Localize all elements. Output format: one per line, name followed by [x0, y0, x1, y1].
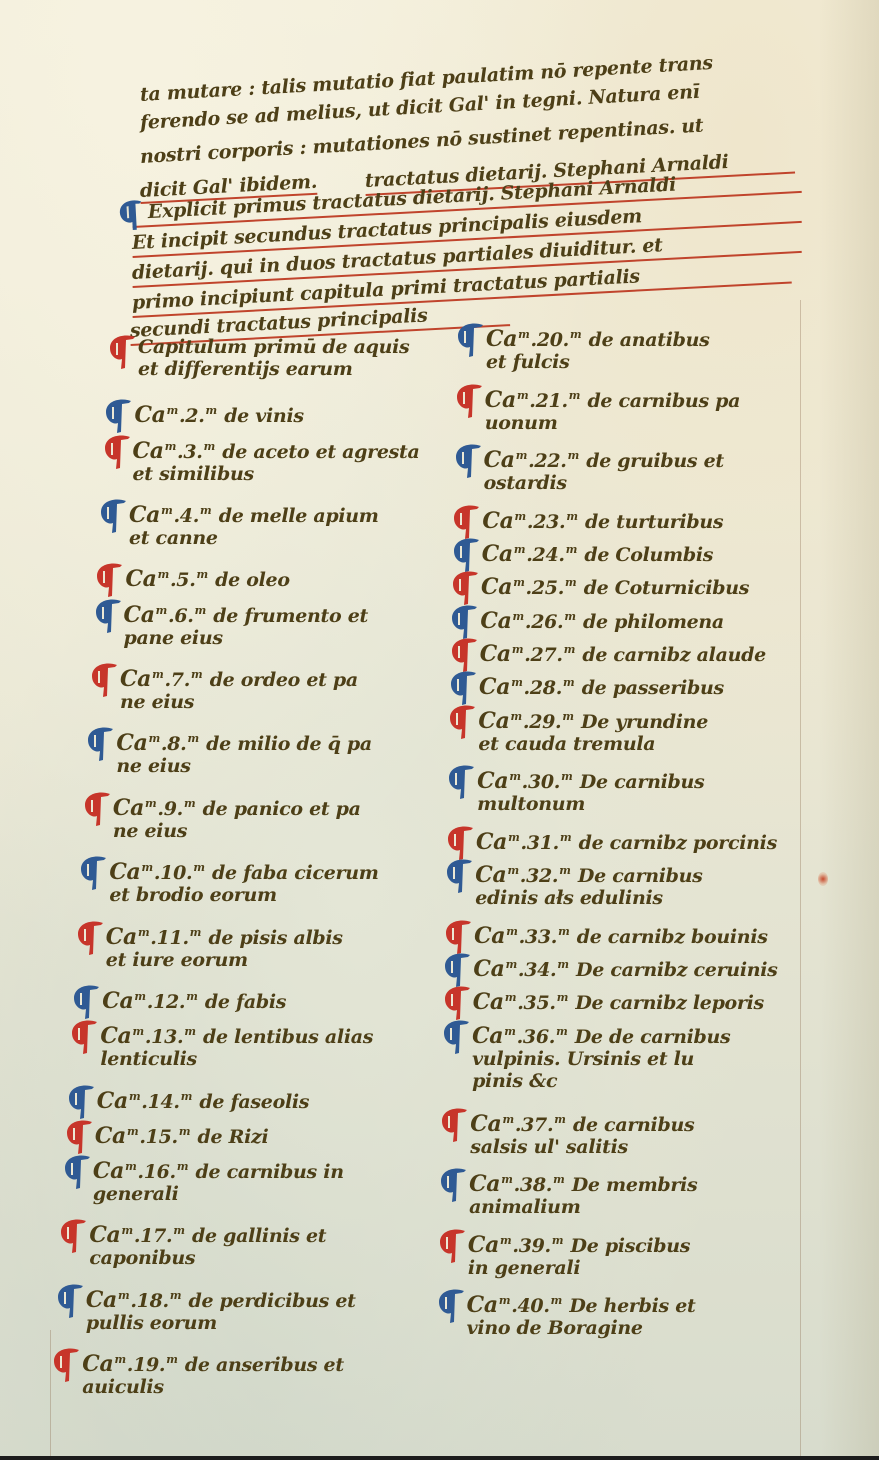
chapter-label: Ca	[485, 387, 516, 413]
chapter-title-line: Cam.17.m de gallinis et	[59, 1220, 326, 1247]
superscript: m	[206, 404, 217, 417]
blue-paragraph-mark-icon	[454, 443, 480, 477]
chapter-entry: Cam.25.m de Coturnicibus	[451, 572, 749, 599]
chapter-title-line: Cam.37.m de carnibus	[440, 1109, 694, 1136]
chapter-label: Ca	[100, 1023, 131, 1049]
chapter-number: .18.	[130, 1290, 168, 1312]
chapter-entry: Cam.13.m de lentibus aliaslenticulis	[70, 1021, 373, 1070]
chapter-title-continuation: et canne	[99, 527, 379, 549]
chapter-title-text: de passeribus	[575, 677, 724, 699]
chapter-label: Ca	[473, 956, 504, 982]
red-paragraph-mark-icon	[70, 1019, 96, 1053]
chapter-label: Ca	[473, 989, 504, 1015]
chapter-title-continuation: generali	[63, 1183, 344, 1205]
superscript: m	[145, 797, 156, 810]
superscript: m	[167, 404, 178, 417]
blue-paragraph-mark-icon	[450, 604, 476, 638]
red-paragraph-mark-icon	[443, 985, 469, 1019]
chapter-number: .29.	[523, 711, 561, 733]
blue-paragraph-mark-icon	[445, 858, 471, 892]
superscript: m	[564, 643, 575, 656]
chapter-title-text: De membris	[565, 1174, 697, 1196]
chapter-number: .35.	[517, 992, 555, 1014]
chapter-entry: Cam.10.m de faba cicerumet brodio eorum	[79, 857, 378, 906]
chapter-label: Ca	[472, 1023, 503, 1049]
chapter-label: Ca	[478, 708, 509, 734]
superscript: m	[204, 440, 215, 453]
superscript: m	[517, 389, 528, 402]
page-bottom-edge	[0, 1456, 879, 1460]
chapter-entry: Cam.35.m De carnibz leporis	[443, 987, 764, 1014]
chapter-title-text: de ordeo et pa	[203, 669, 358, 691]
blue-paragraph-mark-icon	[449, 670, 475, 704]
chapter-title-line: Cam.20.m de anatibus	[456, 324, 710, 351]
chapter-label: Ca	[120, 666, 151, 692]
chapter-entry: Cam.27.m de carnibz alaude	[450, 639, 766, 666]
red-paragraph-mark-icon	[95, 562, 121, 596]
chapter-title-continuation: pullis eorum	[56, 1312, 356, 1334]
superscript: m	[165, 440, 176, 453]
chapter-entry: Cam.8.m de milio de q̄ pane eius	[86, 728, 371, 777]
chapter-entry: Cam.7.m de ordeo et pane eius	[90, 664, 358, 713]
chapter-title-text: de turturibus	[579, 511, 724, 533]
chapter-entry: Cam.38.m De membrisanimalium	[439, 1169, 697, 1218]
manuscript-page: ta mutare : talis mutatio fiat paulatim …	[0, 0, 879, 1460]
chapter-title-line: Cam.25.m de Coturnicibus	[451, 572, 749, 599]
red-paragraph-mark-icon	[444, 919, 470, 953]
chapter-number: .21.	[529, 390, 567, 412]
chapter-label: Ca	[482, 541, 513, 567]
chapter-number: .16.	[137, 1161, 175, 1183]
chapter-title-continuation: vino de Boragine	[437, 1317, 696, 1339]
chapter-label: Ca	[470, 1111, 501, 1137]
chapter-entry: Cam.33.m de carnibz bouinis	[444, 921, 768, 948]
chapter-title-continuation: multonum	[447, 793, 704, 815]
chapter-entry: Cam.28.m de passeribus	[449, 672, 724, 699]
blue-paragraph-mark-icon	[442, 1019, 468, 1053]
chapter-title-text: de milio de q̄ pa	[200, 733, 372, 755]
chapter-title-text: De yrundine	[575, 711, 708, 733]
chapter-title-text: de Columbis	[578, 544, 713, 566]
superscript: m	[179, 1125, 190, 1138]
chapter-entry: Cam.12.m de fabis	[72, 986, 286, 1013]
chapter-title-continuation: ne eius	[90, 691, 358, 713]
superscript: m	[564, 610, 575, 623]
chapter-entry: Cam.6.m de frumento etpane eius	[94, 600, 368, 649]
chapter-title-text: de pisis albis	[202, 927, 343, 949]
superscript: m	[186, 990, 197, 1003]
chapter-entry: Cam.34.m De carnibz ceruinis	[443, 954, 777, 981]
superscript: m	[502, 1113, 513, 1126]
chapter-title-text: De de carnibus	[568, 1026, 730, 1048]
chapter-number: .36.	[517, 1026, 555, 1048]
chapter-title-line: Cam.14.m de faseolis	[67, 1086, 309, 1113]
chapter-title-line: Cam.28.m de passeribus	[449, 672, 724, 699]
superscript: m	[499, 1294, 510, 1307]
superscript: m	[505, 991, 516, 1004]
superscript: m	[557, 991, 568, 1004]
chapter-label: Ca	[484, 447, 515, 473]
superscript: m	[506, 925, 517, 938]
chapter-title-text: de melle apium	[212, 505, 378, 527]
chapter-title-line: Cam.38.m De membris	[439, 1169, 697, 1196]
chapter-title-line: Cam.4.m de melle apium	[99, 500, 379, 527]
chapter-title-continuation: et brodio eorum	[79, 884, 378, 906]
chapter-number: .12.	[147, 991, 185, 1013]
chapter-label: Ca	[486, 326, 517, 352]
blue-paragraph-mark-icon	[56, 1283, 82, 1317]
chapter-title-text: de carnibus pa	[581, 390, 740, 412]
chapter-title-line: Cam.6.m de frumento et	[94, 600, 368, 627]
chapter-title-line: Cam.34.m De carnibz ceruinis	[443, 954, 777, 981]
superscript: m	[158, 568, 169, 581]
chapter-label: Ca	[469, 1171, 500, 1197]
superscript: m	[187, 732, 198, 745]
red-paragraph-mark-icon	[455, 383, 481, 417]
red-paragraph-mark-icon	[448, 704, 474, 738]
superscript: m	[512, 643, 523, 656]
chapter-number: .15.	[139, 1126, 177, 1148]
chapter-title-text: de faseolis	[193, 1091, 309, 1113]
chapter-title-continuation: et iure eorum	[76, 949, 343, 971]
chapter-title-text: De carnibz ceruinis	[570, 959, 778, 981]
chapter-title-continuation: ne eius	[83, 820, 361, 842]
chapter-title-text: de philomena	[577, 611, 724, 633]
chapter-title-text: de carnibus in	[189, 1161, 343, 1183]
chapter-entry: Capitulum primū de aquiset differentijs …	[108, 336, 409, 380]
superscript: m	[142, 861, 153, 874]
chapter-title-text: de frumento et	[207, 605, 368, 627]
chapter-entry: Cam.15.m de Rizi	[65, 1121, 269, 1148]
chapter-title-line: Cam.36.m De de carnibus	[442, 1021, 730, 1048]
chapter-entry: Cam.32.m De carnibusedinis ałs edulinis	[445, 860, 702, 909]
chapter-title-text: de oleo	[209, 569, 290, 591]
chapter-label: Ca	[125, 566, 156, 592]
superscript: m	[509, 770, 520, 783]
chapter-number: .27.	[524, 644, 562, 666]
superscript: m	[149, 732, 160, 745]
chapter-entry: Cam.39.m De piscibusin generali	[438, 1230, 690, 1279]
chapter-number: .40.	[511, 1295, 549, 1317]
chapter-entry: Cam.11.m de pisis albiset iure eorum	[76, 922, 343, 971]
chapter-number: .26.	[525, 611, 563, 633]
chapter-title-continuation: edinis ałs edulinis	[445, 887, 702, 909]
chapter-number: .25.	[526, 577, 564, 599]
chapter-title-line: Cam.3.m de aceto et agresta	[103, 436, 420, 463]
chapter-title-text: de lentibus alias	[197, 1026, 373, 1048]
superscript: m	[570, 328, 581, 341]
chapter-number: .38.	[514, 1174, 552, 1196]
superscript: m	[558, 925, 569, 938]
chapter-entry: Cam.29.m De yrundineet cauda tremula	[448, 706, 708, 755]
chapter-entry: Cam.18.m de perdicibus etpullis eorum	[56, 1285, 356, 1334]
superscript: m	[560, 831, 571, 844]
chapter-number: .37.	[515, 1114, 553, 1136]
chapter-entry: Cam.14.m de faseolis	[67, 1086, 309, 1113]
chapter-title-text: de carnibus	[567, 1114, 695, 1136]
superscript: m	[568, 449, 579, 462]
red-paragraph-mark-icon	[440, 1107, 466, 1141]
superscript: m	[184, 797, 195, 810]
superscript: m	[170, 1289, 181, 1302]
chapter-number: .34.	[518, 959, 556, 981]
red-paragraph-mark-icon	[52, 1347, 78, 1381]
chapter-title-line: Cam.15.m de Rizi	[65, 1121, 269, 1148]
blue-paragraph-mark-icon	[79, 855, 105, 889]
chapter-title-text: de Rizi	[191, 1126, 268, 1148]
chapter-title-continuation: lenticulis	[70, 1048, 373, 1070]
chapter-title-text: de faba cicerum	[206, 862, 379, 884]
superscript: m	[514, 543, 525, 556]
chapter-number: .14.	[141, 1091, 179, 1113]
chapter-title-line: Cam.16.m de carnibus in	[63, 1156, 344, 1183]
superscript: m	[565, 576, 576, 589]
superscript: m	[559, 864, 570, 877]
chapter-title-text: de gallinis et	[186, 1225, 327, 1247]
blue-paragraph-mark-icon	[99, 498, 125, 532]
chapter-number: .33.	[519, 926, 557, 948]
red-paragraph-mark-icon	[452, 504, 478, 538]
chapter-entry: Cam.3.m de aceto et agrestaet similibus	[103, 436, 420, 485]
chapter-number: .19.	[127, 1354, 165, 1376]
chapter-title-line: Cam.11.m de pisis albis	[76, 922, 343, 949]
chapter-label: Ca	[476, 829, 507, 855]
chapter-number: .23.	[527, 511, 565, 533]
superscript: m	[561, 770, 572, 783]
chapter-label: Ca	[93, 1158, 124, 1184]
chapter-title-text: de carnibz porcinis	[572, 832, 777, 854]
chapter-title-line: Cam.12.m de fabis	[72, 986, 286, 1013]
chapter-label: Ca	[477, 768, 508, 794]
chapter-title-line: Capitulum primū de aquis	[108, 336, 409, 358]
chapter-entry: Cam.37.m de carnibussalsis ul' salitis	[440, 1109, 694, 1158]
chapter-title-text: De carnibus	[573, 771, 704, 793]
chapter-label: Ca	[82, 1351, 113, 1377]
chapter-title-text: de anseribus et	[179, 1354, 344, 1376]
chapter-title-line: Cam.27.m de carnibz alaude	[450, 639, 766, 666]
chapter-title-continuation: auiculis	[52, 1376, 344, 1398]
chapter-number: .9.	[157, 798, 183, 820]
chapter-title-text: De herbis et	[563, 1295, 696, 1317]
red-paragraph-mark-icon	[450, 637, 476, 671]
superscript: m	[553, 1173, 564, 1186]
chapter-title-continuation: et fulcis	[456, 351, 710, 373]
superscript: m	[501, 1173, 512, 1186]
chapter-entry: Cam.21.m de carnibus pauonum	[455, 385, 740, 434]
superscript: m	[134, 990, 145, 1003]
superscript: m	[513, 576, 524, 589]
chapter-entry: Cam.20.m de anatibuset fulcis	[456, 324, 710, 373]
superscript: m	[166, 1353, 177, 1366]
chapter-entry: Cam.22.m de gruibus etostardis	[454, 445, 724, 494]
chapter-number: .6.	[168, 605, 194, 627]
superscript: m	[566, 543, 577, 556]
chapter-title-text: de gruibus et	[580, 450, 724, 472]
chapter-label: Ca	[124, 602, 155, 628]
superscript: m	[138, 926, 149, 939]
superscript: m	[569, 389, 580, 402]
superscript: m	[507, 864, 518, 877]
page-edge-shadow	[819, 0, 879, 1460]
chapter-label: Ca	[480, 641, 511, 667]
chapter-title-text: Capitulum primū de aquis	[138, 336, 409, 358]
chapter-title-line: Cam.30.m De carnibus	[447, 766, 704, 793]
chapter-entry: Cam.24.m de Columbis	[452, 539, 713, 566]
superscript: m	[129, 1090, 140, 1103]
chapter-title-text: de aceto et agresta	[216, 441, 420, 463]
chapter-title-text: de vinis	[218, 405, 304, 427]
chapter-entry: Cam.26.m de philomena	[450, 606, 724, 633]
chapter-title-line: Cam.35.m De carnibz leporis	[443, 987, 764, 1014]
superscript: m	[197, 568, 208, 581]
chapter-number: .30.	[522, 771, 560, 793]
chapter-entry: Cam.40.m De herbis etvino de Boragine	[437, 1290, 696, 1339]
superscript: m	[516, 449, 527, 462]
chapter-number: .20.	[531, 329, 569, 351]
superscript: m	[173, 1224, 184, 1237]
chapter-entry: Cam.31.m de carnibz porcinis	[446, 827, 777, 854]
chapter-label: Ca	[467, 1292, 498, 1318]
chapter-entry: Cam.5.m de oleo	[95, 564, 289, 591]
superscript: m	[200, 504, 211, 517]
chapter-title-line: Cam.32.m De carnibus	[445, 860, 702, 887]
chapter-title-text: de carnibz bouinis	[570, 926, 767, 948]
chapter-number: .2.	[179, 405, 205, 427]
chapter-label: Ca	[480, 608, 511, 634]
blue-paragraph-mark-icon	[117, 197, 145, 232]
chapter-label: Ca	[113, 795, 144, 821]
chapter-title-line: Cam.33.m de carnibz bouinis	[444, 921, 768, 948]
chapter-label: Ca	[97, 1088, 128, 1114]
blue-paragraph-mark-icon	[104, 398, 130, 432]
chapter-entry: Cam.2.m de vinis	[104, 400, 303, 427]
chapter-number: .31.	[520, 832, 558, 854]
superscript: m	[557, 958, 568, 971]
blue-paragraph-mark-icon	[456, 322, 482, 356]
chapter-number: .39.	[512, 1235, 550, 1257]
chapter-label: Ca	[116, 730, 147, 756]
chapter-entry: Cam.30.m De carnibusmultonum	[447, 766, 704, 815]
chapter-title-line: Cam.23.m de turturibus	[452, 506, 723, 533]
chapter-title-text: de carnibz alaude	[576, 644, 766, 666]
superscript: m	[161, 504, 172, 517]
chapter-number: .10.	[154, 862, 192, 884]
chapter-title-continuation: ostardis	[454, 472, 724, 494]
superscript: m	[181, 1090, 192, 1103]
red-paragraph-mark-icon	[108, 334, 134, 368]
superscript: m	[190, 926, 201, 939]
red-paragraph-mark-icon	[90, 662, 116, 696]
chapter-title-continuation: ne eius	[86, 755, 371, 777]
blue-paragraph-mark-icon	[439, 1167, 465, 1201]
chapter-title-text: De piscibus	[564, 1235, 690, 1257]
chapter-title-continuation: et cauda tremula	[448, 733, 708, 755]
chapter-label: Ca	[102, 988, 133, 1014]
chapter-title-line: Cam.29.m De yrundine	[448, 706, 708, 733]
chapter-title-continuation: uonum	[455, 412, 740, 434]
chapter-label: Ca	[129, 502, 160, 528]
chapter-number: .13.	[145, 1026, 183, 1048]
superscript: m	[504, 1025, 515, 1038]
superscript: m	[513, 610, 524, 623]
chapter-title-line: Cam.7.m de ordeo et pa	[90, 664, 358, 691]
chapter-label: Ca	[482, 508, 513, 534]
red-paragraph-mark-icon	[446, 825, 472, 859]
red-paragraph-mark-icon	[103, 434, 129, 468]
chapter-label: Ca	[86, 1287, 117, 1313]
chapter-title-text: de anatibus	[582, 329, 709, 351]
chapter-title-continuation: vulpinis. Ursinis et lu	[442, 1048, 730, 1070]
chapter-title-line: Cam.21.m de carnibus pa	[455, 385, 740, 412]
chapter-number: .17.	[134, 1225, 172, 1247]
chapter-number: .28.	[524, 677, 562, 699]
chapter-number: .5.	[170, 569, 196, 591]
chapter-title-line: Cam.18.m de perdicibus et	[56, 1285, 356, 1312]
chapter-label: Ca	[109, 859, 140, 885]
chapter-title-line: Cam.5.m de oleo	[95, 564, 289, 591]
superscript: m	[518, 328, 529, 341]
blue-paragraph-mark-icon	[63, 1154, 89, 1188]
superscript: m	[132, 1025, 143, 1038]
chapter-title-continuation: pane eius	[94, 627, 368, 649]
superscript: m	[177, 1160, 188, 1173]
blue-paragraph-mark-icon	[437, 1288, 463, 1322]
chapter-title-text: de perdicibus et	[182, 1290, 355, 1312]
blue-paragraph-mark-icon	[67, 1084, 93, 1118]
chapter-title-line: Cam.22.m de gruibus et	[454, 445, 724, 472]
chapter-label: Ca	[479, 674, 510, 700]
chapter-title-line: Cam.9.m de panico et pa	[83, 793, 361, 820]
blue-paragraph-mark-icon	[447, 764, 473, 798]
red-paragraph-mark-icon	[65, 1119, 91, 1153]
ruling-line-left	[50, 1330, 51, 1460]
superscript: m	[511, 710, 522, 723]
chapter-title-text: de panico et pa	[196, 798, 360, 820]
chapter-label: Ca	[481, 574, 512, 600]
red-paragraph-mark-icon	[59, 1218, 85, 1252]
chapter-number: .8.	[161, 733, 187, 755]
chapter-title-line: Cam.31.m de carnibz porcinis	[446, 827, 777, 854]
chapter-title-line: Cam.19.m de anseribus et	[52, 1349, 344, 1376]
chapter-title-line: Cam.24.m de Columbis	[452, 539, 713, 566]
chapter-number: .22.	[528, 450, 566, 472]
red-paragraph-mark-icon	[83, 791, 109, 825]
red-paragraph-mark-icon	[451, 570, 477, 604]
chapter-title-line: Cam.2.m de vinis	[104, 400, 303, 427]
red-paragraph-mark-icon	[438, 1228, 464, 1262]
superscript: m	[566, 510, 577, 523]
superscript: m	[511, 676, 522, 689]
chapter-entry: Cam.17.m de gallinis etcaponibus	[59, 1220, 326, 1269]
chapter-title-continuation: caponibus	[59, 1247, 326, 1269]
chapter-title-line: Cam.39.m De piscibus	[438, 1230, 690, 1257]
chapter-title-text: De carnibus	[572, 865, 703, 887]
chapter-label: Ca	[474, 923, 505, 949]
chapter-entry: Cam.36.m De de carnibusvulpinis. Ursinis…	[442, 1021, 730, 1092]
superscript: m	[191, 668, 202, 681]
superscript: m	[500, 1234, 511, 1247]
superscript: m	[184, 1025, 195, 1038]
chapter-title-continuation: et similibus	[103, 463, 420, 485]
chapter-label: Ca	[468, 1232, 499, 1258]
chapter-label: Ca	[89, 1222, 120, 1248]
chapter-title-line: Cam.10.m de faba cicerum	[79, 857, 378, 884]
chapter-title-text: De carnibz leporis	[569, 992, 764, 1014]
chapter-title-continuation: et differentijs earum	[108, 358, 409, 380]
chapter-entry: Cam.19.m de anseribus etauiculis	[52, 1349, 344, 1398]
chapter-entry: Cam.9.m de panico et pane eius	[83, 793, 361, 842]
chapter-label: Ca	[133, 438, 164, 464]
